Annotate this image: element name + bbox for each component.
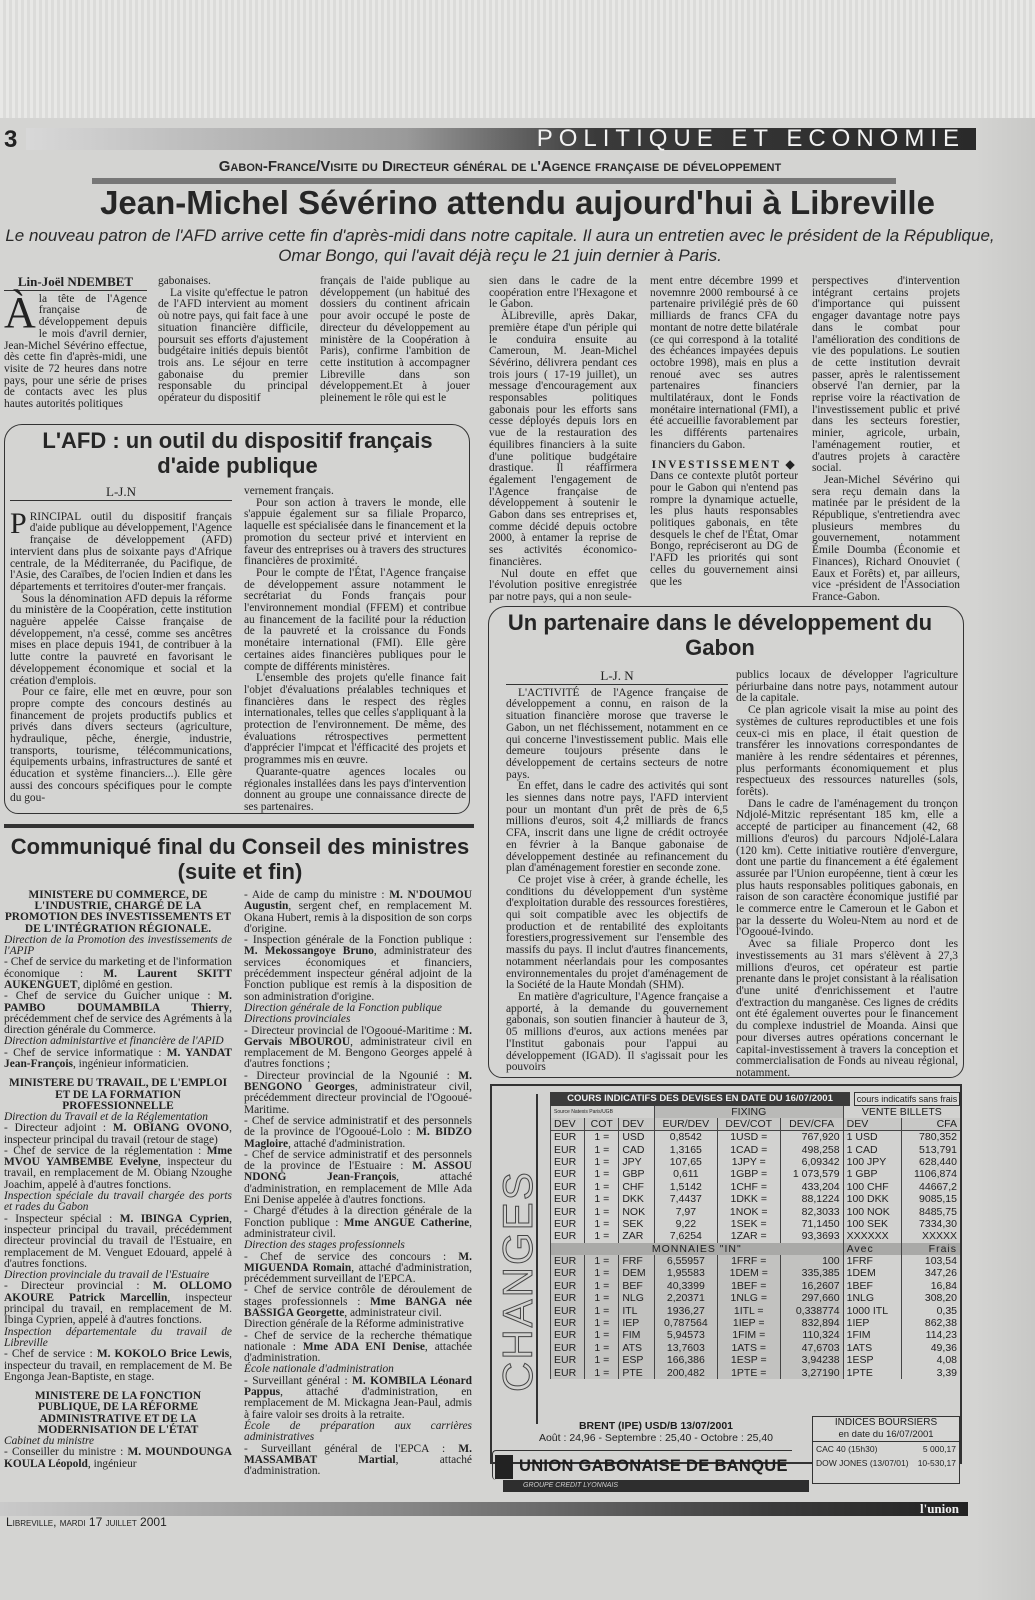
table-cell: 1NOK =	[717, 1205, 780, 1217]
table-cell: EUR	[551, 1366, 585, 1378]
section-divider	[4, 824, 474, 828]
table-cell: 1CHF =	[717, 1181, 780, 1193]
appointee-name: M. KOKOLO Brice Lewis	[97, 1348, 229, 1360]
monnaies-in-band: MONNAIES "IN" Avec Frais	[551, 1243, 961, 1255]
table-cell: 1ESP =	[717, 1354, 780, 1366]
table-cell: EUR	[551, 1181, 585, 1193]
table-cell: ITL	[619, 1304, 655, 1316]
table-cell: 0,338774	[780, 1304, 843, 1316]
lead-column-3: français de l'aide publique au développe…	[320, 276, 470, 405]
afd-text: L'ensemble des projets qu'elle finance f…	[244, 673, 466, 767]
table-cell: 335,385	[780, 1267, 843, 1279]
table-cell: 1 =	[585, 1181, 619, 1193]
appointment-role: - Conseiller du ministre :	[4, 1446, 128, 1458]
table-cell: 7,6254	[654, 1230, 717, 1242]
table-cell: 6,09342	[780, 1156, 843, 1168]
table-cell: 1 =	[585, 1131, 619, 1144]
lead-column-2: gabonaises. La visite qu'effectue le pat…	[158, 276, 308, 405]
table-cell: 1 =	[585, 1230, 619, 1242]
lead-byline: Lin-Joël NDEMBET	[4, 276, 147, 291]
table-cell: 1 =	[585, 1218, 619, 1230]
table-cell: EUR	[551, 1255, 585, 1267]
table-cell: 1ZAR =	[717, 1230, 780, 1242]
table-cell: 832,894	[780, 1317, 843, 1329]
table-cell: 1 CAD	[843, 1143, 902, 1155]
appointment-role: - Inspecteur spécial :	[4, 1213, 120, 1225]
table-cell: XXXXXX	[843, 1230, 902, 1242]
table-cell: 1PTE =	[717, 1366, 780, 1378]
lead-headline: Jean-Michel Sévérino attendu aujourd'hui…	[0, 184, 1035, 222]
table-cell: 5,94573	[654, 1329, 717, 1341]
table-cell: 1BEF	[843, 1280, 902, 1292]
index-name: DOW JONES (13/07/01)	[816, 1456, 909, 1470]
table-cell: EUR	[551, 1267, 585, 1279]
table-cell: USD	[619, 1131, 655, 1144]
partner-text: Ce plan agricole visait la mise au point…	[736, 705, 958, 799]
partner-text: publics locaux de développer l'agricultu…	[736, 670, 958, 705]
partner-text: Ce projet vise à créer, à grande échelle…	[506, 875, 728, 992]
ministry-heading: MINISTERE DE LA FONCTION PUBLIQUE, DE LA…	[4, 1391, 232, 1436]
table-cell: BEF	[619, 1280, 655, 1292]
table-row: EUR1 =DKK7,44371DKK =88,1224100 DKK9085,…	[551, 1193, 961, 1205]
table-cell: EUR	[551, 1131, 585, 1144]
table-row: EUR1 =FRF6,559571FRF =1001FRF103,54	[551, 1255, 961, 1267]
index-name: CAC 40 (15h30)	[816, 1442, 877, 1456]
table-subheader-row: Source Natexis Paris/UGB FIXING VENTE BI…	[551, 1106, 961, 1118]
lead-deck: Le nouveau patron de l'AFD arrive cette …	[0, 226, 1000, 266]
department-label: Inspection spéciale du travail chargée d…	[4, 1191, 232, 1214]
table-cell: 1ATS	[843, 1342, 902, 1354]
table-cell: 1000 ITL	[843, 1304, 902, 1316]
table-cell: JPY	[619, 1156, 655, 1168]
table-cell: 100 SEK	[843, 1218, 902, 1230]
table-cell: 7,97	[654, 1205, 717, 1217]
table-cell: 7334,30	[902, 1218, 960, 1230]
table-cell: CAD	[619, 1143, 655, 1155]
bank-group-bar: GROUPE CREDIT LYONNAIS	[503, 1480, 809, 1492]
footer-banner	[0, 1502, 968, 1516]
brent-oil-prices: BRENT (IPE) USD/B 13/07/2001 Août : 24,9…	[496, 1420, 816, 1444]
table-cell: 1FIM	[843, 1329, 902, 1341]
index-row: DOW JONES (13/07/01)10-530,17	[813, 1456, 959, 1470]
partner-box-title: Un partenaire dans le développement du G…	[500, 610, 940, 660]
appointment-role: - Surveillant général de l'EPCA :	[244, 1443, 458, 1455]
table-cell: 3,94238	[780, 1354, 843, 1366]
table-cell: 1ITL =	[717, 1304, 780, 1316]
table-row: EUR1 =SEK9,221SEK =71,1450100 SEK7334,30	[551, 1218, 961, 1230]
table-cell: 862,38	[902, 1317, 960, 1329]
table-cell: 1 =	[585, 1366, 619, 1378]
appointment-detail: , ingénieur	[88, 1458, 137, 1470]
appointment-role: - Directeur provincial :	[4, 1280, 153, 1292]
table-cell: 1GBP =	[717, 1168, 780, 1180]
afd-text: Pour son action à travers le monde, elle…	[244, 498, 466, 568]
exchange-table-subtitle: cours indicatifs sans frais	[854, 1092, 960, 1106]
table-cell: 0,787564	[654, 1317, 717, 1329]
table-cell: 780,352	[902, 1131, 960, 1144]
table-cell: 1106,874	[902, 1168, 960, 1180]
index-value: 10-530,17	[918, 1456, 956, 1470]
table-cell: 1PTE	[843, 1366, 902, 1378]
lead-column-1: Lin-Joël NDEMBET À la tête de l'Agence f…	[4, 276, 147, 411]
scan-edge-shadow	[975, 118, 1035, 1600]
table-cell: 1DEM	[843, 1267, 902, 1279]
table-cell: ZAR	[619, 1230, 655, 1242]
table-row: EUR1 =ATS13,76031ATS =47,67031ATS49,36	[551, 1342, 961, 1354]
table-cell: 1 =	[585, 1329, 619, 1341]
table-row: EUR1 =JPY107,651JPY =6,09342100 JPY628,4…	[551, 1156, 961, 1168]
communique-title: Communiqué final du Conseil des ministre…	[0, 834, 480, 884]
table-cell: 1CAD =	[717, 1143, 780, 1155]
column-header: COT	[585, 1118, 619, 1131]
table-row: EUR1 =ITL1936,271ITL =0,3387741000 ITL0,…	[551, 1304, 961, 1316]
article-kicker: Gabon-France/Visite du Directeur général…	[100, 158, 900, 175]
table-cell: 1,3165	[654, 1143, 717, 1155]
appointment-detail: , administrateur civil.	[344, 1307, 441, 1319]
table-cell: 1DEM =	[717, 1267, 780, 1279]
lead-text: Dans ce contexte plutôt porteur pour le …	[650, 471, 798, 588]
table-cell: 1,95583	[654, 1267, 717, 1279]
footer-dateline: Libreville, mardi 17 juillet 2001	[6, 1515, 167, 1529]
afd-text: vernement français.	[244, 486, 466, 498]
table-cell: 1IEP	[843, 1317, 902, 1329]
table-cell: DKK	[619, 1193, 655, 1205]
table-cell: NLG	[619, 1292, 655, 1304]
lead-column-4: sien dans le cadre de la coopération ent…	[489, 276, 637, 604]
vente-billets-header: VENTE BILLETS	[843, 1106, 960, 1118]
afd-text: Pour le compte de l'État, l'Agence franç…	[244, 568, 466, 673]
department-label: Inspection départementale du travail de …	[4, 1327, 232, 1350]
table-cell: 8485,75	[902, 1205, 960, 1217]
exchange-table-title: COURS INDICATIFS DES DEVISES EN DATE DU …	[550, 1092, 850, 1106]
table-cell: 1 =	[585, 1342, 619, 1354]
newspaper-page: 3 POLITIQUE ET ECONOMIE Gabon-France/Vis…	[0, 118, 1035, 1600]
table-header-row: DEV COT DEV EUR/DEV DEV/COT DEV/CFA DEV …	[551, 1118, 961, 1131]
table-cell: FRF	[619, 1255, 655, 1267]
table-cell: 297,660	[780, 1292, 843, 1304]
communique-column-1: MINISTERE DU COMMERCE, DE L'INDUSTRIE, C…	[4, 890, 232, 1470]
table-cell: EUR	[551, 1292, 585, 1304]
table-cell: 1 =	[585, 1168, 619, 1180]
table-cell: 3,39	[902, 1366, 960, 1378]
table-cell: 100 JPY	[843, 1156, 902, 1168]
table-cell: 1BEF =	[717, 1280, 780, 1292]
partner-text: En matière d'agriculture, l'Agence franç…	[506, 992, 728, 1074]
table-cell: 1 =	[585, 1193, 619, 1205]
table-cell: 1NLG	[843, 1292, 902, 1304]
department-label: Direction de la Promotion des investisse…	[4, 935, 232, 958]
table-cell: 1JPY =	[717, 1156, 780, 1168]
appointment-role: - Aide de camp du ministre :	[244, 889, 389, 901]
table-cell: 13,7603	[654, 1342, 717, 1354]
afd-column-2: vernement français. Pour son action à tr…	[244, 486, 466, 814]
bank-advertisement: UNION GABONAISE DE BANQUE	[492, 1450, 792, 1480]
table-row: EUR1 =CHF1,51421CHF =433,204100 CHF44667…	[551, 1181, 961, 1193]
appointment-role: - Surveillant général :	[244, 1375, 352, 1387]
appointment-detail: , attaché d'administration.	[288, 1138, 405, 1150]
table-cell: FIM	[619, 1329, 655, 1341]
partner-text: En effet, dans le cadre des activités qu…	[506, 781, 728, 875]
table-cell: EUR	[551, 1280, 585, 1292]
table-cell: EUR	[551, 1168, 585, 1180]
table-cell: 16,84	[902, 1280, 960, 1292]
table-cell: 110,324	[780, 1329, 843, 1341]
frais-label: Frais	[902, 1243, 960, 1255]
table-row: EUR1 =ESP166,3861ESP =3,942381ESP4,08	[551, 1354, 961, 1366]
table-cell: 4,08	[902, 1354, 960, 1366]
table-cell: 308,20	[902, 1292, 960, 1304]
table-cell: 1 =	[585, 1255, 619, 1267]
appointment-role: - Directeur provincial de l'Ogooué-Marit…	[244, 1025, 458, 1037]
lead-text: sien dans le cadre de la coopération ent…	[489, 276, 637, 311]
table-cell: 1USD =	[717, 1131, 780, 1144]
scan-top-margin	[0, 0, 1035, 118]
table-cell: EUR	[551, 1354, 585, 1366]
table-row: EUR1 =CAD1,31651CAD =498,2581 CAD513,791	[551, 1143, 961, 1155]
table-cell: EUR	[551, 1218, 585, 1230]
table-cell: 100 CHF	[843, 1181, 902, 1193]
appointee-name: Mme ADA ENI Denise	[303, 1341, 425, 1353]
lead-text: ÀLibreville, après Dakar, première étape…	[489, 311, 637, 568]
table-cell: 1NLG =	[717, 1292, 780, 1304]
appointment-role: - Chef de service du Guicher unique :	[4, 990, 218, 1002]
brent-values: Août : 24,96 - Septembre : 25,40 - Octob…	[496, 1432, 816, 1444]
appointment-role: - Chef de service :	[4, 1348, 97, 1360]
afd-column-1: L-J.N P RINCIPAL outil du dispositif fra…	[10, 486, 232, 804]
table-cell: GBP	[619, 1168, 655, 1180]
appointee-name: M. OBIANG OVONO	[113, 1122, 229, 1134]
indices-title: INDICES BOURSIERS	[813, 1417, 959, 1429]
partner-text: Dans le cadre de l'aménagement du tronço…	[736, 799, 958, 939]
table-cell: 16,2607	[780, 1280, 843, 1292]
appointment-role: - Directeur provincial de la Ngounié :	[244, 1070, 458, 1082]
table-cell: IEP	[619, 1317, 655, 1329]
table-cell: 200,482	[654, 1366, 717, 1378]
changes-vertical-label: CHANGES	[494, 1146, 534, 1416]
table-row: EUR1 =IEP0,7875641IEP =832,8941IEP862,38	[551, 1317, 961, 1329]
appointment-role: - Directeur adjoint :	[4, 1122, 113, 1134]
index-value: 5 000,17	[923, 1442, 956, 1456]
appointment-role: - Chef de service informatique :	[4, 1047, 167, 1059]
appointment-role: - Chef de service de la réglementation :	[4, 1145, 207, 1157]
table-cell: EUR	[551, 1143, 585, 1155]
table-row: EUR1 =PTE200,4821PTE =3,271901PTE3,39	[551, 1366, 961, 1378]
table-cell: EUR	[551, 1230, 585, 1242]
index-row: CAC 40 (15h30)5 000,17	[813, 1442, 959, 1456]
monnaies-in-label: MONNAIES "IN"	[551, 1243, 844, 1255]
lead-text: ment entre décembre 1999 et novemnre 200…	[650, 276, 798, 452]
table-row: EUR1 =GBP0,6111GBP =1 073,5791 GBP1106,8…	[551, 1168, 961, 1180]
exchange-rates-table: Source Natexis Paris/UGB FIXING VENTE BI…	[550, 1106, 960, 1379]
table-cell: 1ESP	[843, 1354, 902, 1366]
source-note: Source Natexis Paris/UGB	[551, 1106, 655, 1118]
table-row: EUR1 =DEM1,955831DEM =335,3851DEM347,26	[551, 1267, 961, 1279]
table-cell: 1ATS =	[717, 1342, 780, 1354]
table-cell: 1FIM =	[717, 1329, 780, 1341]
table-cell: 82,3033	[780, 1205, 843, 1217]
dropcap: P	[10, 512, 27, 536]
table-cell: 498,258	[780, 1143, 843, 1155]
table-cell: 1 =	[585, 1267, 619, 1279]
table-cell: 40,3399	[654, 1280, 717, 1292]
ministry-heading: MINISTERE DU COMMERCE, DE L'INDUSTRIE, C…	[4, 890, 232, 935]
table-cell: 107,65	[654, 1156, 717, 1168]
table-cell: 71,1450	[780, 1218, 843, 1230]
exchange-rates-box: CHANGES COURS INDICATIFS DES DEVISES EN …	[490, 1084, 962, 1464]
table-row: EUR1 =NLG2,203711NLG =297,6601NLG308,20	[551, 1292, 961, 1304]
table-cell: 1 =	[585, 1304, 619, 1316]
lead-text: perspectives d'intervention intégrant ce…	[812, 276, 960, 475]
table-cell: 47,6703	[780, 1342, 843, 1354]
fixing-header: FIXING	[654, 1106, 843, 1118]
table-cell: 1936,27	[654, 1304, 717, 1316]
brent-title: BRENT (IPE) USD/B 13/07/2001	[496, 1420, 816, 1432]
table-cell: 1 =	[585, 1292, 619, 1304]
table-cell: EUR	[551, 1304, 585, 1316]
table-cell: 166,386	[654, 1354, 717, 1366]
table-cell: 1FRF	[843, 1255, 902, 1267]
department-label: École de préparation aux carrières admin…	[244, 1421, 472, 1444]
table-cell: DEM	[619, 1267, 655, 1279]
appointee-name: M. Mekossangoye Bruno	[244, 945, 374, 957]
lead-column-5: ment entre décembre 1999 et novemnre 200…	[650, 276, 798, 588]
table-cell: 1 =	[585, 1205, 619, 1217]
afd-byline: L-J.N	[10, 486, 232, 501]
stock-indices-box: INDICES BOURSIERS en date du 16/07/2001 …	[812, 1416, 960, 1484]
masthead-logo: l'union	[920, 1502, 959, 1516]
ministry-heading: MINISTERE DU TRAVAIL, DE L'EMPLOI ET DE …	[4, 1078, 232, 1112]
table-row: EUR1 =FIM5,945731FIM =110,3241FIM114,23	[551, 1329, 961, 1341]
table-cell: 100 NOK	[843, 1205, 902, 1217]
lead-text: gabonaises.	[158, 276, 308, 288]
table-cell: 2,20371	[654, 1292, 717, 1304]
table-cell: 1 =	[585, 1280, 619, 1292]
lead-column-6: perspectives d'intervention intégrant ce…	[812, 276, 960, 604]
column-header: DEV/CFA	[780, 1118, 843, 1131]
column-header: DEV/COT	[717, 1118, 780, 1131]
table-cell: EUR	[551, 1329, 585, 1341]
table-cell: 93,3693	[780, 1230, 843, 1242]
appointee-name: M. IBINGA Cyprien	[120, 1213, 229, 1225]
lead-text: français de l'aide publique au développe…	[320, 276, 470, 405]
table-row: EUR1 =BEF40,33991BEF =16,26071BEF16,84	[551, 1280, 961, 1292]
partner-column-2: publics locaux de développer l'agricultu…	[736, 670, 958, 1080]
table-cell: 1IEP =	[717, 1317, 780, 1329]
table-cell: NOK	[619, 1205, 655, 1217]
table-cell: EUR	[551, 1193, 585, 1205]
table-cell: 114,23	[902, 1329, 960, 1341]
table-cell: 0,35	[902, 1304, 960, 1316]
table-cell: 433,204	[780, 1181, 843, 1193]
table-cell: CHF	[619, 1181, 655, 1193]
table-cell: 513,791	[902, 1143, 960, 1155]
afd-text: RINCIPAL outil du dispositif français d'…	[10, 511, 232, 593]
table-cell: XXXXX	[902, 1230, 960, 1242]
appointment-role: - Chef de service des concours :	[244, 1251, 458, 1263]
appointment-detail: , ingénieur informaticien.	[73, 1058, 189, 1070]
table-cell: 1 =	[585, 1156, 619, 1168]
table-cell: 9,22	[654, 1218, 717, 1230]
afd-text: Quarante-quatre agences locales ou régio…	[244, 767, 466, 814]
column-header: DEV	[843, 1118, 902, 1131]
table-cell: 1 =	[585, 1143, 619, 1155]
table-cell: 1FRF =	[717, 1255, 780, 1267]
table-cell: 1 USD	[843, 1131, 902, 1144]
table-cell: EUR	[551, 1317, 585, 1329]
partner-column-1: L-J. N L'ACTIVITÉ de l'Agence française …	[506, 670, 728, 1074]
avec-label: Avec	[843, 1243, 902, 1255]
page-number: 3	[4, 126, 17, 154]
table-cell: 1 =	[585, 1354, 619, 1366]
table-cell: 44667,2	[902, 1181, 960, 1193]
table-cell: EUR	[551, 1156, 585, 1168]
table-cell: ATS	[619, 1342, 655, 1354]
table-cell: 100 DKK	[843, 1193, 902, 1205]
table-cell: 1 =	[585, 1317, 619, 1329]
partner-text: Avec sa filiale Properco dont les invest…	[736, 939, 958, 1079]
lead-text: Jean-Michel Sévérino qui sera reçu demai…	[812, 475, 960, 604]
table-cell: 0,611	[654, 1168, 717, 1180]
indices-date: en date du 16/07/2001	[813, 1429, 959, 1442]
table-cell: 1SEK =	[717, 1218, 780, 1230]
column-header: DEV	[619, 1118, 655, 1131]
table-cell: 628,440	[902, 1156, 960, 1168]
table-cell: 1DKK =	[717, 1193, 780, 1205]
table-cell: SEK	[619, 1218, 655, 1230]
partner-byline: L-J. N	[506, 670, 728, 685]
table-cell: 100	[780, 1255, 843, 1267]
table-cell: 9085,15	[902, 1193, 960, 1205]
table-cell: 6,55957	[654, 1255, 717, 1267]
table-cell: EUR	[551, 1205, 585, 1217]
table-cell: 3,27190	[780, 1366, 843, 1378]
lead-text: Nul doute en effet que l'évolution posit…	[489, 569, 637, 604]
table-cell: 347,26	[902, 1267, 960, 1279]
table-cell: EUR	[551, 1342, 585, 1354]
vertical-rule	[536, 1094, 538, 1424]
dropcap: À	[4, 294, 36, 332]
table-cell: 103,54	[902, 1255, 960, 1267]
table-cell: 1 073,579	[780, 1168, 843, 1180]
table-cell: 1 GBP	[843, 1168, 902, 1180]
column-header: CFA	[902, 1118, 960, 1131]
appointment-role: - Inspection générale de la Fonction pub…	[244, 934, 472, 946]
table-row: EUR1 =NOK7,971NOK =82,3033100 NOK8485,75	[551, 1205, 961, 1217]
table-cell: 767,920	[780, 1131, 843, 1144]
partner-text: L'ACTIVITÉ de l'Agence française de déve…	[506, 688, 728, 782]
table-cell: ESP	[619, 1354, 655, 1366]
table-cell: 0,8542	[654, 1131, 717, 1144]
afd-text: Pour ce faire, elle met en œuvre, pour s…	[10, 687, 232, 804]
afd-box-title: L'AFD : un outil du dispositif français …	[10, 428, 465, 478]
communique-column-2: - Aide de camp du ministre : M. N'DOUMOU…	[244, 890, 472, 1477]
afd-text: Sous la dénomination AFD depuis la réfor…	[10, 594, 232, 688]
table-cell: 88,1224	[780, 1193, 843, 1205]
table-cell: PTE	[619, 1366, 655, 1378]
lead-text: La visite qu'effectue le patron de l'AFD…	[158, 288, 308, 405]
appointee-name: Mme ANGUE Catherine	[344, 1217, 469, 1229]
table-row: EUR1 =USD0,85421USD =767,9201 USD780,352	[551, 1131, 961, 1144]
table-row: EUR1 =ZAR7,62541ZAR =93,3693XXXXXXXXXXX	[551, 1230, 961, 1242]
section-title: POLITIQUE ET ECONOMIE	[537, 127, 965, 151]
table-cell: 1,5142	[654, 1181, 717, 1193]
appointment-detail: , diplômé en gestion.	[77, 979, 172, 991]
column-header: EUR/DEV	[654, 1118, 717, 1131]
table-cell: 49,36	[902, 1342, 960, 1354]
bank-name: UNION GABONAISE DE BANQUE	[519, 1457, 788, 1476]
column-header: DEV	[551, 1118, 585, 1131]
bank-logo-icon	[495, 1455, 513, 1479]
